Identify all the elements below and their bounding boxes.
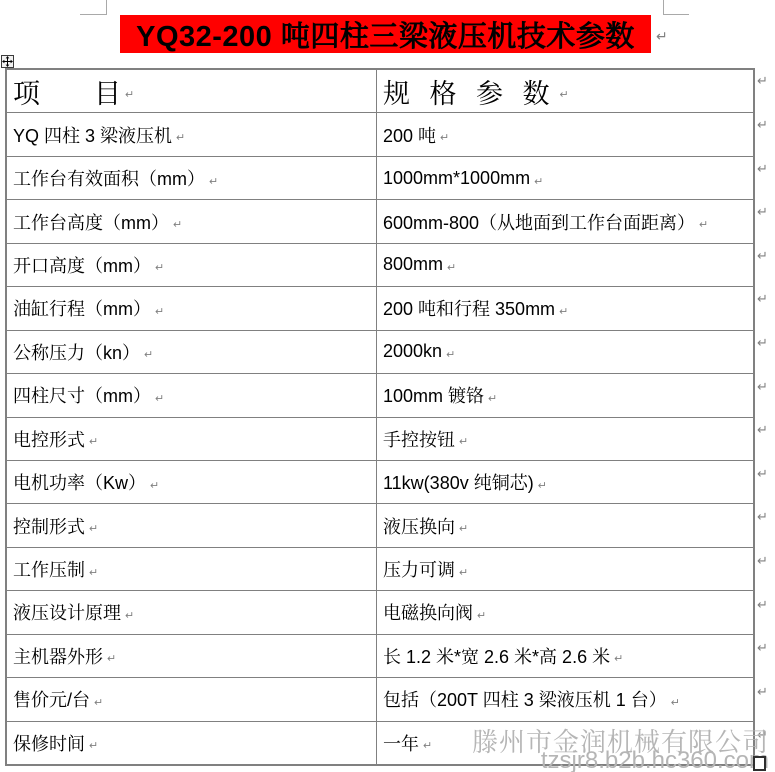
table-move-handle-icon[interactable]: [1, 55, 14, 68]
value-text: 一年: [383, 730, 419, 756]
row-end-mark: ↵: [757, 161, 768, 177]
item-cell: 油缸行程（mm）↵: [7, 287, 377, 329]
paragraph-mark: ↵: [155, 261, 164, 274]
item-label: YQ 四柱 3 梁液压机: [13, 122, 172, 148]
item-label: 电控形式: [13, 426, 85, 452]
paragraph-mark: ↵: [446, 348, 455, 361]
value-text: 200 吨: [383, 122, 436, 148]
value-text: 压力可调: [383, 556, 455, 582]
table-row: YQ 四柱 3 梁液压机↵ 200 吨↵: [7, 112, 753, 155]
item-cell: 电控形式↵: [7, 418, 377, 460]
paragraph-mark: ↵: [125, 88, 134, 101]
value-cell: 压力可调↵: [377, 548, 753, 590]
value-cell: 液压换向↵: [377, 504, 753, 546]
item-label: 主机器外形: [13, 643, 103, 669]
paragraph-mark: ↵: [107, 652, 116, 665]
value-text: 2000kn: [383, 341, 442, 362]
paragraph-mark: ↵: [614, 652, 623, 665]
paragraph-mark: ↵: [459, 566, 468, 579]
row-end-mark: ↵: [757, 248, 768, 264]
value-cell: 200 吨↵: [377, 113, 753, 155]
value-cell: 长 1.2 米*宽 2.6 米*高 2.6 米↵: [377, 635, 753, 677]
item-label: 液压设计原理: [13, 599, 121, 625]
paragraph-mark: ↵: [560, 88, 569, 101]
paragraph-mark: ↵: [209, 175, 218, 188]
table-row: 油缸行程（mm）↵ 200 吨和行程 350mm↵: [7, 286, 753, 329]
item-label: 工作压制: [13, 556, 85, 582]
row-end-mark: ↵: [757, 553, 768, 569]
cropped-box-corner-left: [80, 0, 107, 15]
item-cell: 四柱尺寸（mm）↵: [7, 374, 377, 416]
row-end-mark: ↵: [757, 684, 768, 700]
table-row: 工作压制↵ 压力可调↵: [7, 547, 753, 590]
paragraph-mark: ↵: [125, 609, 134, 622]
paragraph-mark: ↵: [89, 522, 98, 535]
row-end-mark: ↵: [757, 509, 768, 525]
table-row: 售价元/台↵ 包括（200T 四柱 3 梁液压机 1 台）↵: [7, 677, 753, 720]
item-cell: 售价元/台↵: [7, 678, 377, 720]
title-banner: YQ32-200 吨四柱三梁液压机技术参数: [120, 15, 651, 53]
item-label: 售价元/台: [13, 686, 90, 712]
watermark-url: tzsjr8.b2b.hc360.com: [541, 747, 769, 772]
value-text: 800mm: [383, 254, 443, 275]
row-end-mark: ↵: [757, 422, 768, 438]
item-label: 开口高度（mm）: [13, 252, 151, 278]
header-cell-item: 项 目 ↵: [7, 70, 377, 112]
item-cell: 工作压制↵: [7, 548, 377, 590]
value-text: 长 1.2 米*宽 2.6 米*高 2.6 米: [383, 643, 610, 669]
item-label: 公称压力（kn）: [13, 339, 140, 365]
value-text: 液压换向: [383, 513, 455, 539]
item-cell: 公称压力（kn）↵: [7, 331, 377, 373]
table-row: 四柱尺寸（mm）↵ 100mm 镀铬↵: [7, 373, 753, 416]
item-cell: 保修时间↵: [7, 722, 377, 764]
item-label: 工作台有效面积（mm）: [13, 165, 205, 191]
item-label: 四柱尺寸（mm）: [13, 382, 151, 408]
table-header-row: 项 目 ↵ 规 格 参 数 ↵: [7, 70, 753, 112]
paragraph-mark: ↵: [671, 696, 680, 709]
paragraph-mark: ↵: [459, 435, 468, 448]
value-cell: 100mm 镀铬↵: [377, 374, 753, 416]
row-end-mark: ↵: [757, 379, 768, 395]
header-item-label: 项 目: [13, 72, 121, 111]
item-cell: 控制形式↵: [7, 504, 377, 546]
item-cell: 工作台高度（mm）↵: [7, 200, 377, 242]
table-row: 电控形式↵ 手控按钮↵: [7, 417, 753, 460]
item-cell: 电机功率（Kw）↵: [7, 461, 377, 503]
item-label: 电机功率（Kw）: [13, 469, 146, 495]
paragraph-mark: ↵: [440, 131, 449, 144]
value-cell: 2000kn↵: [377, 331, 753, 373]
paragraph-mark: ↵: [477, 609, 486, 622]
value-text: 200 吨和行程 350mm: [383, 295, 555, 321]
paragraph-mark: ↵: [488, 392, 497, 405]
header-cell-spec: 规 格 参 数 ↵: [377, 70, 753, 112]
value-cell: 800mm↵: [377, 244, 753, 286]
row-end-mark: ↵: [757, 73, 768, 89]
paragraph-mark: ↵: [155, 305, 164, 318]
value-cell: 600mm-800（从地面到工作台面距离）↵: [377, 200, 753, 242]
paragraph-mark: ↵: [89, 435, 98, 448]
item-label: 油缸行程（mm）: [13, 295, 151, 321]
value-text: 电磁换向阀: [383, 599, 473, 625]
item-label: 工作台高度（mm）: [13, 209, 169, 235]
paragraph-mark: ↵: [534, 175, 543, 188]
table-row: 液压设计原理↵ 电磁换向阀↵: [7, 590, 753, 633]
table-row: 电机功率（Kw）↵ 11kw(380v 纯铜芯)↵: [7, 460, 753, 503]
paragraph-mark: ↵: [538, 479, 547, 492]
document-page: YQ32-200 吨四柱三梁液压机技术参数 ↵ 项 目 ↵ 规 格 参 数 ↵ …: [0, 0, 775, 772]
row-end-mark: ↵: [757, 291, 768, 307]
value-cell: 包括（200T 四柱 3 梁液压机 1 台）↵: [377, 678, 753, 720]
table-resize-handle[interactable]: [753, 756, 766, 771]
value-text: 100mm 镀铬: [383, 382, 484, 408]
value-text: 600mm-800（从地面到工作台面距离）: [383, 209, 695, 235]
table-row: 工作台高度（mm）↵ 600mm-800（从地面到工作台面距离）↵: [7, 199, 753, 242]
paragraph-mark: ↵: [94, 696, 103, 709]
row-end-mark: ↵: [757, 466, 768, 482]
value-cell: 11kw(380v 纯铜芯)↵: [377, 461, 753, 503]
paragraph-mark: ↵: [89, 739, 98, 752]
paragraph-mark: ↵: [89, 566, 98, 579]
row-end-mark: ↵: [757, 640, 768, 656]
paragraph-mark: ↵: [559, 305, 568, 318]
row-end-mark: ↵: [757, 335, 768, 351]
paragraph-mark: ↵: [173, 218, 182, 231]
value-text: 11kw(380v 纯铜芯): [383, 469, 534, 495]
table-row: 控制形式↵ 液压换向↵: [7, 503, 753, 546]
value-text: 包括（200T 四柱 3 梁液压机 1 台）: [383, 686, 667, 712]
page-title: YQ32-200 吨四柱三梁液压机技术参数: [136, 14, 635, 55]
value-cell: 200 吨和行程 350mm↵: [377, 287, 753, 329]
item-cell: 工作台有效面积（mm）↵: [7, 157, 377, 199]
cropped-box-corner-right: [663, 0, 689, 15]
value-text: 1000mm*1000mm: [383, 168, 530, 189]
item-label: 保修时间: [13, 730, 85, 756]
row-end-mark: ↵: [757, 117, 768, 133]
paragraph-mark: ↵: [656, 28, 668, 45]
table-row: 公称压力（kn）↵ 2000kn↵: [7, 330, 753, 373]
four-way-arrow-icon: [2, 56, 13, 67]
spec-table: 项 目 ↵ 规 格 参 数 ↵ YQ 四柱 3 梁液压机↵ 200 吨↵ 工作台…: [5, 68, 755, 766]
paragraph-mark: ↵: [155, 392, 164, 405]
paragraph-mark: ↵: [176, 131, 185, 144]
value-text: 手控按钮: [383, 426, 455, 452]
value-cell: 1000mm*1000mm↵: [377, 157, 753, 199]
row-end-mark: ↵: [757, 597, 768, 613]
item-cell: 开口高度（mm）↵: [7, 244, 377, 286]
item-cell: 主机器外形↵: [7, 635, 377, 677]
row-end-mark: ↵: [757, 204, 768, 220]
table-row: 开口高度（mm）↵ 800mm↵: [7, 243, 753, 286]
value-cell: 手控按钮↵: [377, 418, 753, 460]
paragraph-mark: ↵: [423, 739, 432, 752]
item-cell: YQ 四柱 3 梁液压机↵: [7, 113, 377, 155]
table-row: 主机器外形↵ 长 1.2 米*宽 2.6 米*高 2.6 米↵: [7, 634, 753, 677]
value-cell: 电磁换向阀↵: [377, 591, 753, 633]
paragraph-mark: ↵: [447, 261, 456, 274]
header-spec-label: 规 格 参 数: [383, 72, 556, 111]
paragraph-mark: ↵: [150, 479, 159, 492]
table-row: 工作台有效面积（mm）↵ 1000mm*1000mm↵: [7, 156, 753, 199]
paragraph-mark: ↵: [459, 522, 468, 535]
paragraph-mark: ↵: [699, 218, 708, 231]
item-cell: 液压设计原理↵: [7, 591, 377, 633]
paragraph-mark: ↵: [144, 348, 153, 361]
item-label: 控制形式: [13, 513, 85, 539]
